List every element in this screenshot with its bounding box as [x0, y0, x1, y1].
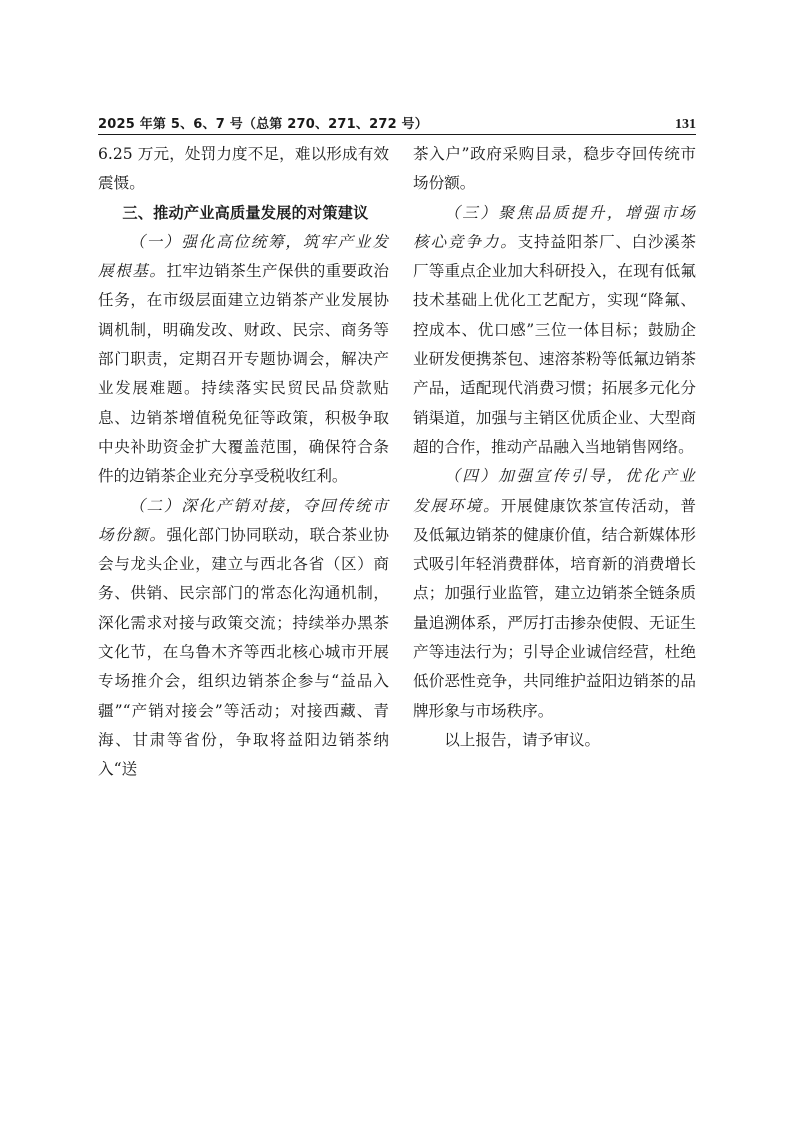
paragraph-4: （四）加强宣传引导，优化产业发展环境。开展健康饮茶宣传活动，普及低氟边销茶的健康… [413, 462, 696, 726]
paragraph-1: （一）强化高位统筹，筑牢产业发展根基。扛牢边销茶生产保供的重要政治任务，在市级层… [98, 228, 389, 492]
left-column: 6.25 万元，处罚力度不足，难以形成有效震慑。 三、推动产业高质量发展的对策建… [98, 140, 389, 785]
running-header: 2025 年第 5、6、7 号（总第 270、271、272 号） 131 [98, 117, 696, 135]
paragraph-3: （三）聚焦品质提升，增强市场核心竞争力。支持益阳茶厂、白沙溪茶厂等重点企业加大科… [413, 199, 696, 463]
paragraph-body: 扛牢边销茶生产保供的重要政治任务，在市级层面建立边销茶产业发展协调机制，明确发改… [98, 262, 389, 485]
section-title: 三、推动产业高质量发展的对策建议 [98, 199, 389, 228]
continued-paragraph: 茶入户”政府采购目录，稳步夺回传统市场份额。 [413, 140, 696, 199]
closing-line: 以上报告，请予审议。 [413, 726, 696, 755]
paragraph-body: 开展健康饮茶宣传活动，普及低氟边销茶的健康价值，结合新媒体形式吸引年轻消费群体，… [413, 497, 696, 720]
issue-label: 2025 年第 5、6、7 号（总第 270、271、272 号） [98, 117, 428, 133]
paragraph-body: 支持益阳茶厂、白沙溪茶厂等重点企业加大科研投入，在现有低氟技术基础上优化工艺配方… [413, 233, 696, 456]
paragraph-2: （二）深化产销对接，夺回传统市场份额。强化部门协同联动，联合茶业协会与龙头企业，… [98, 492, 389, 785]
continued-paragraph: 6.25 万元，处罚力度不足，难以形成有效震慑。 [98, 140, 389, 199]
paragraph-body: 强化部门协同联动，联合茶业协会与龙头企业，建立与西北各省（区）商务、供销、民宗部… [98, 526, 389, 778]
page-number: 131 [675, 117, 696, 133]
right-column: 茶入户”政府采购目录，稳步夺回传统市场份额。 （三）聚焦品质提升，增强市场核心竞… [413, 140, 696, 755]
